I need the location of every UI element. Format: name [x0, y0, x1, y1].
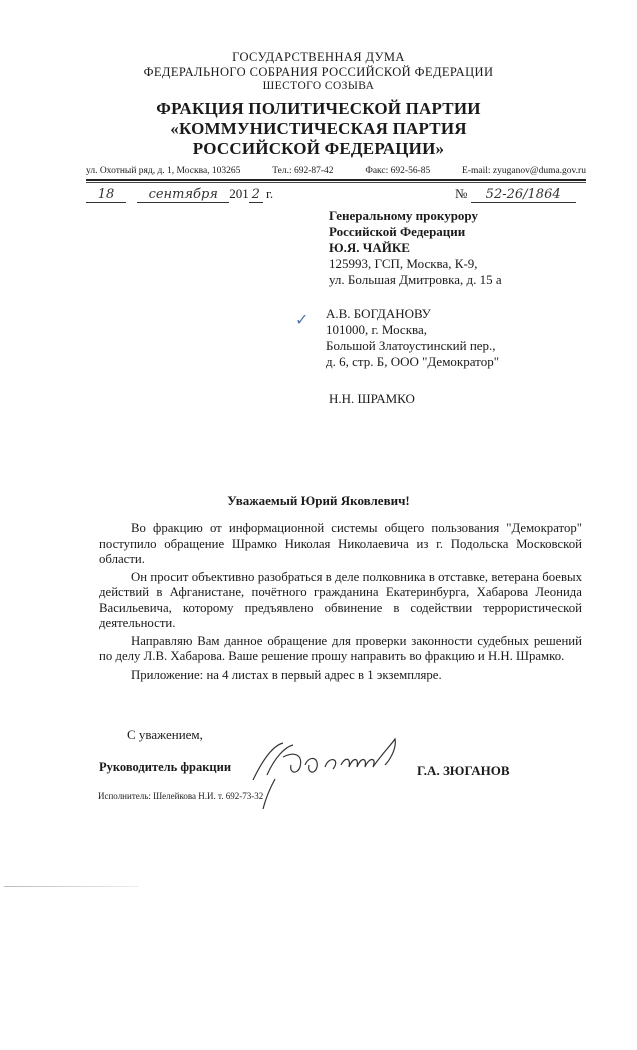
paragraph-2: Он просит объективно разобраться в деле …	[99, 570, 582, 632]
paragraph-3: Направляю Вам данное обращение для прове…	[99, 634, 582, 665]
executor-info: Исполнитель: Шелейкова Н.И. т. 692-73-32	[98, 791, 263, 801]
recipient-prosecutor: Генеральному прокурору Российской Федера…	[329, 208, 502, 288]
recipient-bogdanov-street: Большой Златоустинский пер.,	[326, 338, 499, 354]
outgoing-date: 18 сентября2012 г.	[86, 186, 273, 203]
contact-fax: Факс: 692-56-85	[365, 166, 430, 176]
handwritten-signature-icon	[245, 735, 435, 810]
paragraph-4: Приложение: на 4 листах в первый адрес в…	[99, 668, 582, 684]
contact-phone: Тел.: 692-87-42	[272, 166, 333, 176]
recipient-prosecutor-postal: 125993, ГСП, Москва, К-9,	[329, 256, 502, 272]
salutation: Уважаемый Юрий Яковлевич!	[0, 493, 637, 509]
date-month: сентября	[137, 187, 229, 203]
header-rule-thin	[86, 182, 586, 183]
recipient-prosecutor-street: ул. Большая Дмитровка, д. 15 а	[329, 272, 502, 288]
closing: С уважением,	[127, 727, 203, 743]
signature-name: Г.А. ЗЮГАНОВ	[417, 763, 510, 779]
recipient-prosecutor-name: Ю.Я. ЧАЙКЕ	[329, 240, 410, 255]
contact-address: ул. Охотный ряд, д. 1, Москва, 103265	[86, 166, 240, 176]
recipient-bogdanov-org: д. 6, стр. Б, ООО "Демократор"	[326, 354, 499, 370]
header-rule-thick	[86, 179, 586, 181]
contact-email: E-mail: zyuganov@duma.gov.ru	[462, 166, 586, 176]
scan-artifact-line	[4, 886, 139, 887]
date-year-suffix: 2	[249, 187, 263, 203]
faction-title-line1: ФРАКЦИЯ ПОЛИТИЧЕСКОЙ ПАРТИИ	[0, 99, 637, 119]
faction-title-line2: «КОММУНИСТИЧЕСКАЯ ПАРТИЯ	[0, 119, 637, 139]
outgoing-number: № 52-26/1864	[455, 186, 576, 203]
recipient-shramko: Н.Н. ШРАМКО	[329, 391, 415, 407]
recipient-bogdanov-name: А.В. БОГДАНОВУ	[326, 306, 499, 322]
letterhead-federal-assembly: ФЕДЕРАЛЬНОГО СОБРАНИЯ РОССИЙСКОЙ ФЕДЕРАЦ…	[0, 65, 637, 80]
date-year-prefix: 201	[229, 186, 249, 201]
checkmark-icon: ✓	[295, 310, 308, 330]
number-value: 52-26/1864	[471, 187, 576, 203]
letterhead-duma: ГОСУДАРСТВЕННАЯ ДУМА	[0, 50, 637, 65]
faction-title-line3: РОССИЙСКОЙ ФЕДЕРАЦИИ»	[0, 139, 637, 159]
date-year-label: г.	[266, 186, 273, 201]
recipient-prosecutor-title: Генеральному прокурору	[329, 208, 478, 223]
contacts-row: ул. Охотный ряд, д. 1, Москва, 103265 Те…	[86, 166, 586, 176]
recipient-bogdanov: А.В. БОГДАНОВУ 101000, г. Москва, Большо…	[326, 306, 499, 370]
recipient-bogdanov-city: 101000, г. Москва,	[326, 322, 499, 338]
date-day: 18	[86, 187, 126, 203]
signature-position: Руководитель фракции	[99, 760, 231, 775]
number-label: №	[455, 186, 467, 201]
letterhead-convocation: ШЕСТОГО СОЗЫВА	[0, 80, 637, 92]
recipient-prosecutor-country: Российской Федерации	[329, 224, 465, 239]
letter-body: Во фракцию от информационной системы общ…	[99, 521, 582, 683]
paragraph-1: Во фракцию от информационной системы общ…	[99, 521, 582, 568]
